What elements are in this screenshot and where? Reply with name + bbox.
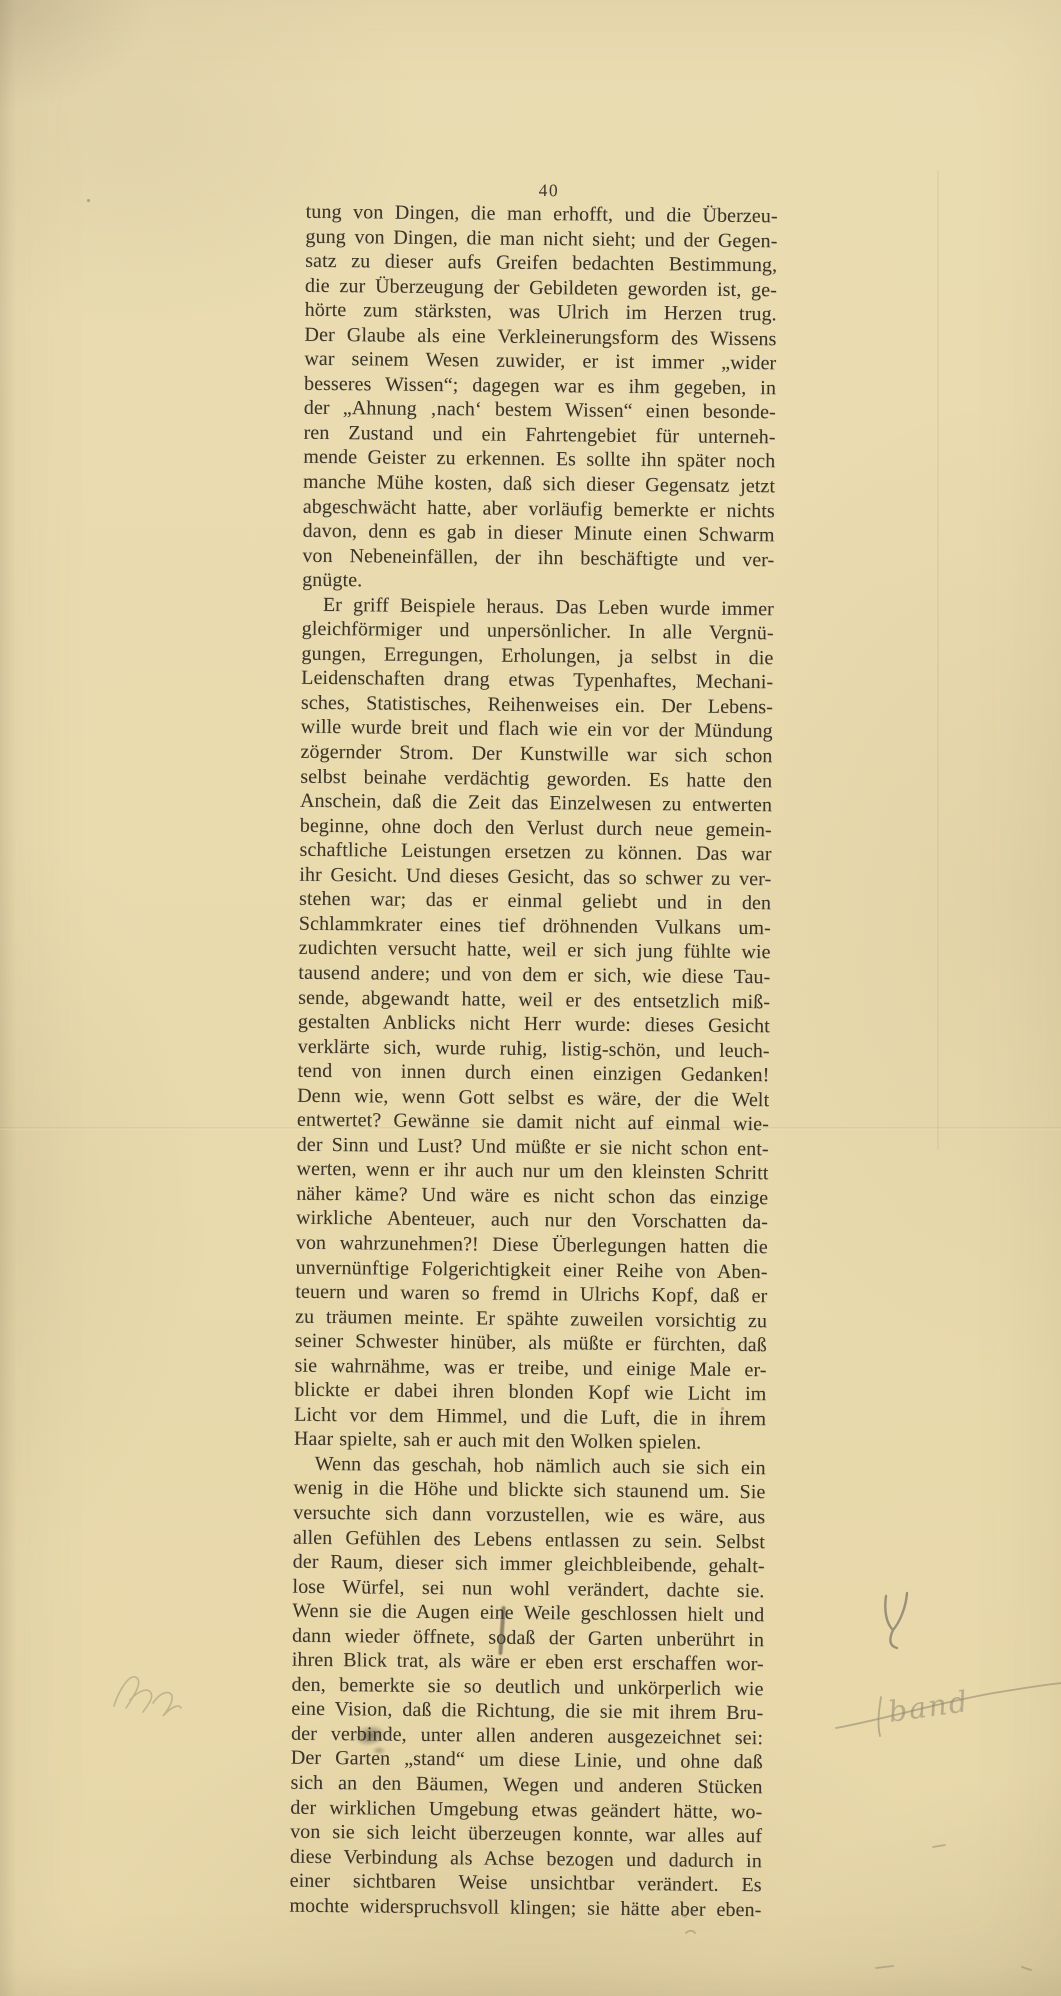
text-line: tausend andere; und von dem er sich, wie… <box>298 961 770 990</box>
handwritten-note: band <box>836 1683 1061 1736</box>
vertical-paper-crease <box>937 170 939 1150</box>
book-page-scan: 40 tung von Dingen, die man erhofft, und… <box>0 0 1061 1996</box>
pencil-check-mark-icon <box>885 1593 907 1648</box>
text-line: von Nebeneinfällen, der ihn beschäftigte… <box>302 543 774 572</box>
pencil-scribble <box>114 1677 181 1716</box>
plus-mark-icon <box>878 1697 881 1736</box>
ink-smudge-tail <box>372 1746 386 1755</box>
pencil-sweep-stroke <box>836 1683 1061 1728</box>
text-line: mochte widerspruchsvoll klingen; sie hät… <box>289 1893 761 1922</box>
ink-speck <box>721 1407 724 1410</box>
body-text: tung von Dingen, die man erhofft, und di… <box>289 200 777 1923</box>
handwritten-note-text: band <box>886 1684 971 1729</box>
text-block: 40 tung von Dingen, die man erhofft, und… <box>289 177 778 1923</box>
ink-speck <box>87 199 90 202</box>
